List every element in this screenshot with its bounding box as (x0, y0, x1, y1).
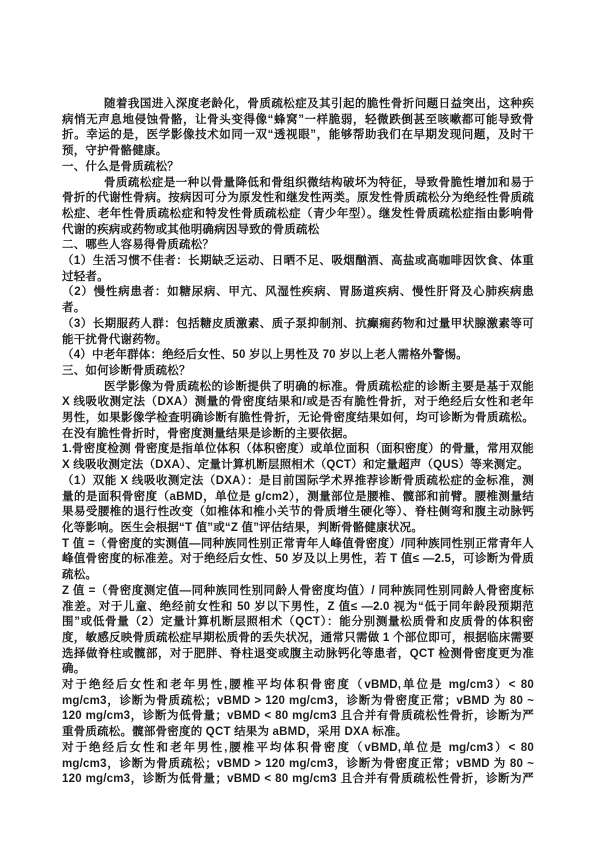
risk-group-item-3: （3）长期服药人群：包括糖皮质激素、质子泵抑制剂、抗癫痫药物和过量甲状腺激素等可… (62, 317, 534, 348)
diagnosis-standard-paragraph: 医学影像为骨质疏松的诊断提供了明确的标准。骨质疏松症的诊断主要是基于双能 X 线… (62, 380, 534, 443)
risk-group-item-4: （4）中老年群体：绝经后女性、50 岁以上男性及 70 岁以上老人需格外警惕。 (62, 348, 534, 364)
qct-diagnostic-criteria-paragraph-repeat: 对于绝经后女性和老年男性,腰椎平均体积骨密度（vBMD,单位是 mg/cm3）<… (62, 741, 534, 787)
section-heading-who-is-at-risk: 二、哪些人容易得骨质疏松？ (62, 238, 534, 254)
intro-paragraph: 随着我国进入深度老龄化，骨质疏松症及其引起的脆性骨折问题日益突出，这种疾病悄无声… (62, 97, 534, 160)
bmd-testing-intro-paragraph: 1.骨密度检测 骨密度是指单位体积（体积密度）或单位面积（面积密度）的骨量，常用… (62, 442, 534, 473)
document-page: 随着我国进入深度老龄化，骨质疏松症及其引起的脆性骨折问题日益突出，这种疾病悄无声… (0, 0, 595, 841)
t-score-formula-paragraph: T 值 =（骨密度的实测值—同种族同性别正常青年人峰值骨密度）/同种族同性别正常… (62, 537, 534, 584)
risk-group-item-2: （2）慢性病患者：如糖尿病、甲亢、风湿性疾病、胃肠道疾病、慢性肝肾及心肺疾病患者… (62, 285, 534, 316)
definition-paragraph: 骨质疏松症是一种以骨量降低和骨组织微结构破坏为特征，导致骨脆性增加和易于骨折的代… (62, 176, 534, 239)
document-body: 随着我国进入深度老龄化，骨质疏松症及其引起的脆性骨折问题日益突出，这种疾病悄无声… (62, 97, 534, 787)
z-score-and-qct-paragraph: Z 值 =（骨密度测定值—同种族同性别同龄人骨密度均值）/ 同种族同性别同龄人骨… (62, 584, 534, 678)
dxa-method-paragraph: （1）双能 X 线吸收测定法（DXA）：是目前国际学术界推荐诊断骨质疏松症的金标… (62, 474, 534, 537)
qct-diagnostic-criteria-paragraph: 对于绝经后女性和老年男性,腰椎平均体积骨密度（vBMD,单位是 mg/cm3）<… (62, 678, 534, 741)
section-heading-how-to-diagnose: 三、如何诊断骨质疏松？ (62, 364, 534, 380)
section-heading-what-is-osteoporosis: 一、什么是骨质疏松？ (62, 160, 534, 176)
risk-group-item-1: （1）生活习惯不佳者：长期缺乏运动、日晒不足、吸烟酗酒、高盐或高咖啡因饮食、体重… (62, 254, 534, 285)
